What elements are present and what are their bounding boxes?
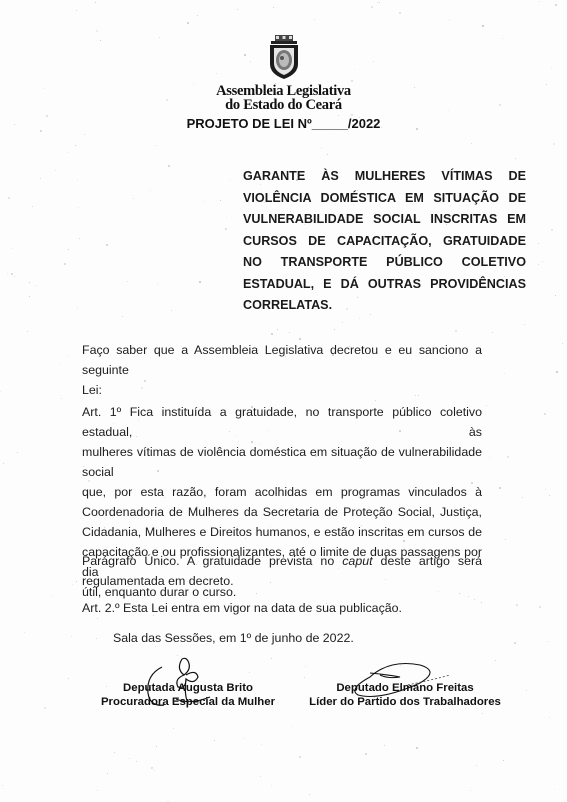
text-line: que, por esta razão, foram acolhidas em … [82, 482, 482, 502]
text-line: mulheres vítimas de violência doméstica … [82, 442, 482, 482]
coat-of-arms-icon [266, 34, 302, 80]
par-post: deste artigo será [373, 554, 482, 568]
text-line: Faço saber que a Assembleia Legislativa … [82, 340, 482, 380]
summary-line: GARANTE ÀS MULHERES VÍTIMAS DE [243, 166, 526, 188]
summary-line: VULNERABILIDADE SOCIAL INSCRITAS EM [243, 209, 526, 231]
sole-paragraph: Parágrafo Único. A gratuidade prevista n… [82, 551, 482, 591]
bill-summary: GARANTE ÀS MULHERES VÍTIMAS DE VIOLÊNCIA… [243, 166, 526, 317]
signature-block-elmano: Deputado Elmano Freitas Líder do Partido… [290, 681, 520, 709]
text-line: Art. 1º Fica instituída a gratuidade, no… [82, 402, 482, 442]
caput-term: caput [342, 554, 372, 568]
session-date: Sala das Sessões, em 1º de junho de 2022… [113, 628, 513, 648]
signer-role: Procuradora Especial da Mulher [78, 695, 298, 709]
text-line: Parágrafo Único. A gratuidade prevista n… [82, 551, 482, 571]
enactment-clause: Faço saber que a Assembleia Legislativa … [82, 340, 482, 400]
signer-name: Deputada Augusta Brito [78, 681, 298, 695]
bill-title: PROJETO DE LEI Nº_____/2022 [0, 116, 567, 131]
signature-block-augusta: Deputada Augusta Brito Procuradora Espec… [78, 681, 298, 709]
text-line: Lei: [82, 380, 482, 400]
summary-line: NO TRANSPORTE PÚBLICO COLETIVO [243, 252, 526, 274]
article-2: Art. 2.º Esta Lei entra em vigor na data… [82, 598, 482, 618]
signer-name: Deputado Elmano Freitas [290, 681, 520, 695]
summary-line: ESTADUAL, E DÁ OUTRAS PROVIDÊNCIAS [243, 274, 526, 296]
par-pre: Parágrafo Único. A gratuidade prevista n… [82, 554, 342, 568]
text-line: Coordenadoria de Mulheres da Secretaria … [82, 502, 482, 522]
text-line: Cidadania, Mulheres e Direitos humanos, … [82, 522, 482, 542]
signer-role: Líder do Partido dos Trabalhadores [290, 695, 520, 709]
institution-state: do Estado do Ceará [0, 97, 567, 114]
summary-line: CORRELATAS. [243, 295, 526, 317]
text-line: regulamentada em decreto. [82, 571, 482, 591]
summary-line: CURSOS DE CAPACITAÇÃO, GRATUIDADE [243, 231, 526, 253]
summary-line: VIOLÊNCIA DOMÉSTICA EM SITUAÇÃO DE [243, 188, 526, 210]
